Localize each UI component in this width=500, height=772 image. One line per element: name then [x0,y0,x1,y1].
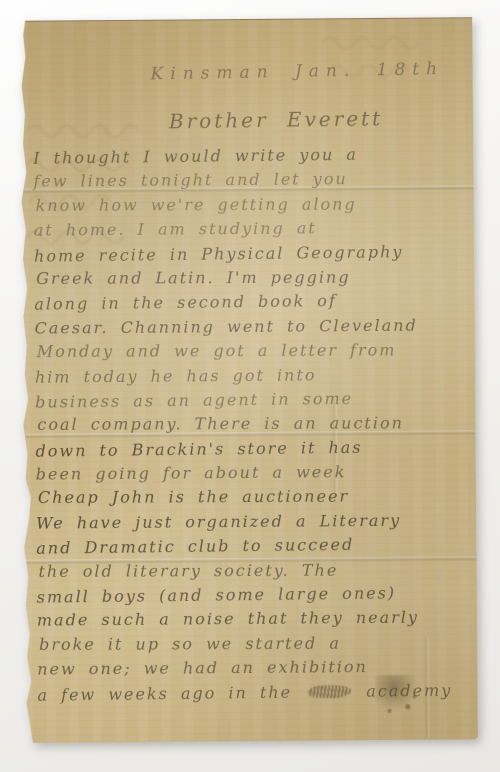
scanned-letter-photo: Kinsman Jan. 18th Brother Everett I thou… [0,0,500,772]
letter-line: made such a noise that they nearly [37,606,475,634]
letter-line: and Dramatic club to succeed [36,532,474,562]
letter-line: few lines tonight and let you [33,167,471,195]
letter-paper: Kinsman Jan. 18th Brother Everett I thou… [18,17,478,743]
last-line-suffix: academy [366,680,452,700]
letter-line: know how we're getting along [36,192,474,218]
salutation: Brother Everett [169,106,384,133]
letter-line: Cheap John is the auctioneer [38,484,476,510]
letter-line: home recite in Physical Geography [34,239,472,269]
letter-line-last: a few weeks ago in the academy [37,678,475,708]
crossed-out-word [307,684,351,698]
letter-line: Monday and we got a letter from [37,338,475,364]
letter-body: I thought I would write you a few lines … [33,142,475,706]
letter-line: Caesar. Channing went to Cleveland [34,313,472,341]
letter-line: been going for about a week [36,459,474,487]
letter-line: broke it up so we started a [39,631,477,657]
letter-line: the old literary society. The [38,558,476,584]
letter-paper-wrap: Kinsman Jan. 18th Brother Everett I thou… [18,17,478,743]
dateline: Kinsman Jan. 18th [150,59,466,85]
letter-line: at home. I am studying at [34,215,472,243]
letter-line: coal company. There is an auction [37,411,475,437]
last-line-prefix: a few weeks ago in the [37,682,292,704]
